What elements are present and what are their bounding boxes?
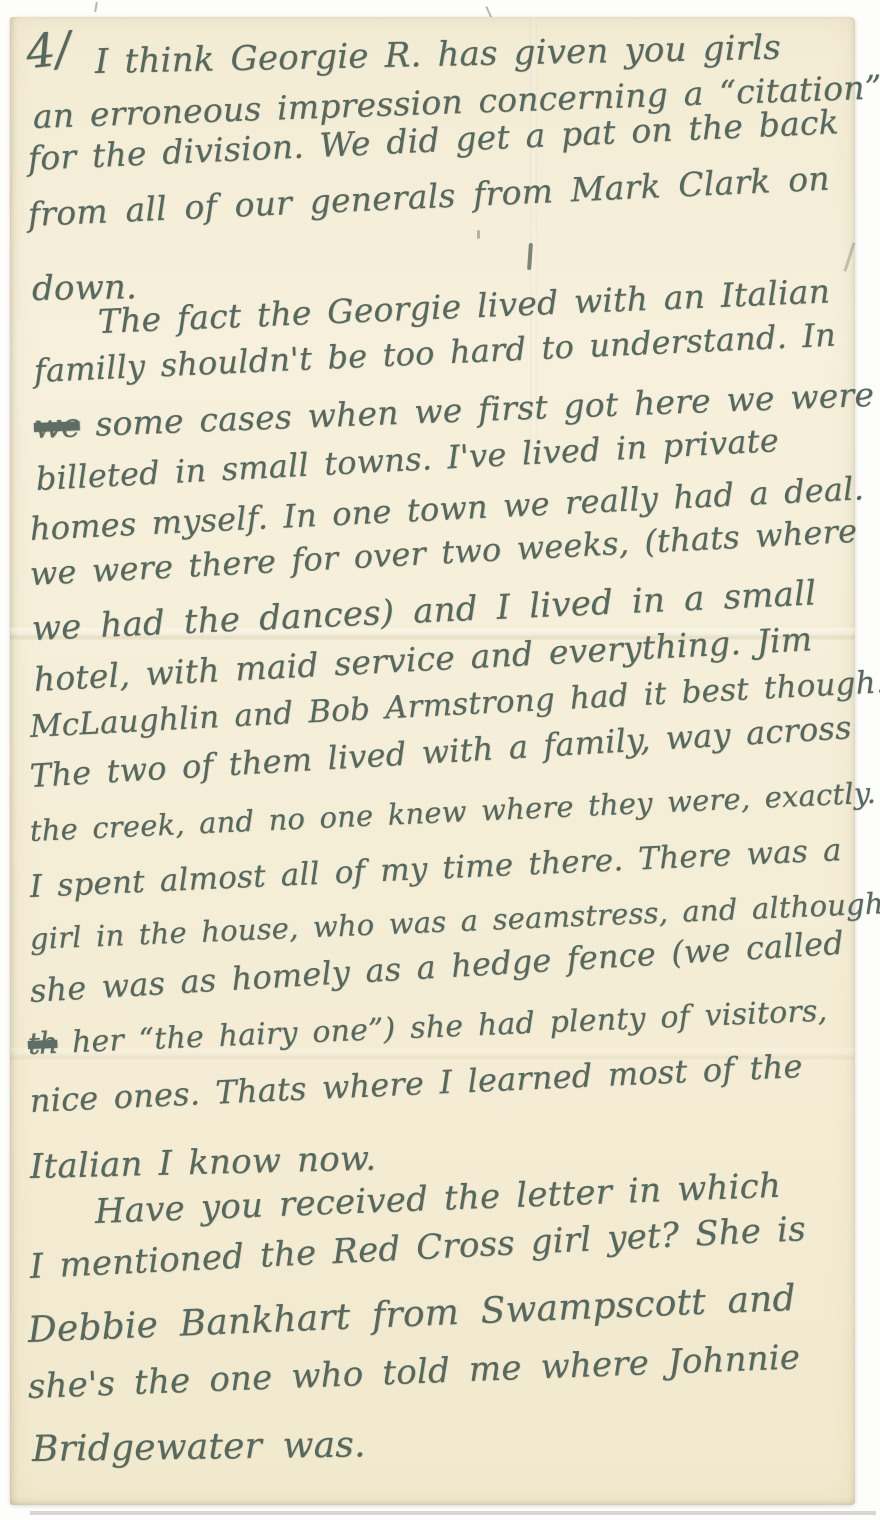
- page-number: 4/: [23, 21, 73, 79]
- crossed-out-word: we: [33, 405, 80, 446]
- handwritten-line: Italian I know now.: [30, 1142, 377, 1184]
- paper-edge-mark: [843, 242, 855, 271]
- handwritten-line: I think Georgie R. has given you girls: [95, 31, 782, 79]
- scan-artifact-tick: [94, 2, 98, 12]
- ink-mark: [527, 243, 533, 270]
- handwritten-line: Debbie Bankhart from Swampscott and: [27, 1281, 796, 1349]
- scanned-letter-page: 4/ I think Georgie R. has given you girl…: [0, 0, 880, 1520]
- handwritten-line: Bridgewater was.: [32, 1427, 366, 1468]
- handwritten-line: nice ones. Thats where I learned most of…: [29, 1050, 803, 1117]
- crossed-out-word: th: [27, 1026, 58, 1062]
- letter-paper: 4/ I think Georgie R. has given you girl…: [10, 17, 855, 1505]
- handwritten-line: she's the one who told me where Johnnie: [27, 1340, 801, 1404]
- scan-edge-shadow: [30, 1511, 876, 1515]
- ink-mark: [477, 230, 480, 239]
